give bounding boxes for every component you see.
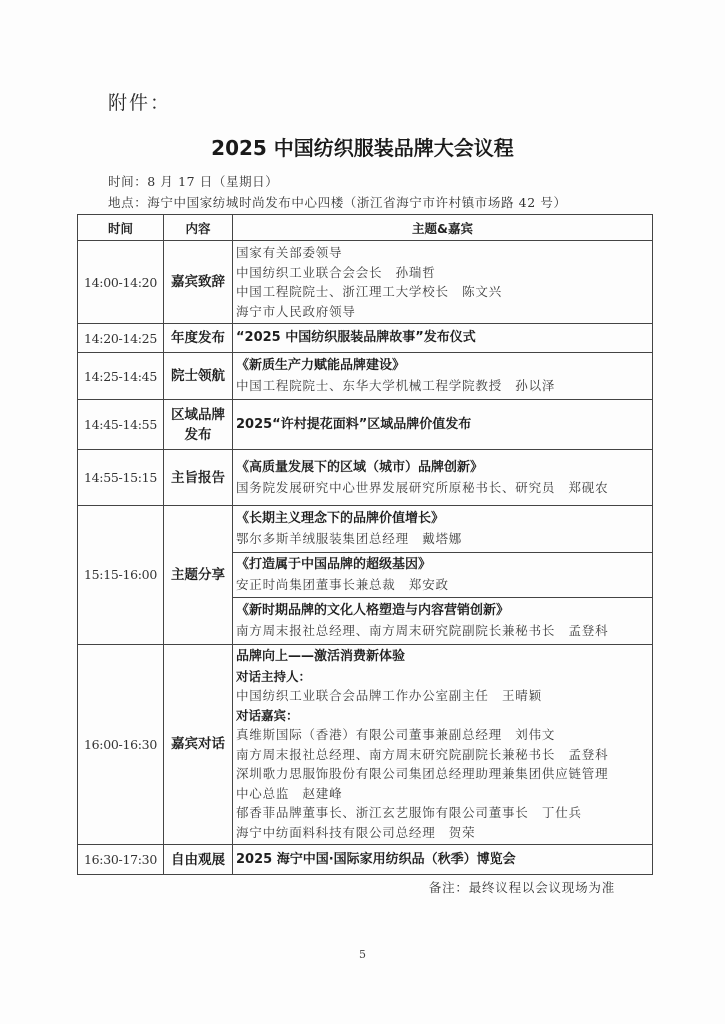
row-time: 16:30-17:30 xyxy=(78,845,164,875)
document-page: 附件： 2025 中国纺织服装品牌大会议程 时间：8 月 17 日（星期日） 地… xyxy=(0,0,725,1024)
topic-title: 《高质量发展下的区域（城市）品牌创新》 xyxy=(236,458,649,478)
row-category: 主题分享 xyxy=(164,506,233,645)
guest-line: 南方周末报社总经理、南方周末研究院副院长兼秘书长 孟登科 xyxy=(236,745,649,765)
topic-title: 《长期主义理念下的品牌价值增长》 xyxy=(236,509,649,529)
page-number: 5 xyxy=(0,948,725,961)
guest-line: 中国工程院院士、浙江理工大学校长 陈文兴 xyxy=(236,282,649,302)
guests-label: 对话嘉宾： xyxy=(236,706,649,726)
row-category: 年度发布 xyxy=(164,324,233,353)
row-time: 14:25-14:45 xyxy=(78,353,164,400)
header-topic-guests: 主题&嘉宾 xyxy=(233,215,653,241)
row-detail: 2025“许村提花面料”区域品牌价值发布 xyxy=(233,400,653,450)
row-category: 院士领航 xyxy=(164,353,233,400)
category-line: 区域品牌 xyxy=(164,405,232,425)
row-detail: “2025 中国纺织服装品牌故事”发布仪式 xyxy=(233,324,653,353)
event-time: 时间：8 月 17 日（星期日） xyxy=(108,172,278,190)
row-category: 区域品牌 发布 xyxy=(164,400,233,450)
row-time: 16:00-16:30 xyxy=(78,644,164,845)
row-category: 自由观展 xyxy=(164,845,233,875)
header-content: 内容 xyxy=(164,215,233,241)
table-row: 15:15-16:00 主题分享 《长期主义理念下的品牌价值增长》 鄂尔多斯羊绒… xyxy=(78,506,653,553)
guest-line: 海宁市人民政府领导 xyxy=(236,302,649,322)
row-detail: 《高质量发展下的区域（城市）品牌创新》 国务院发展研究中心世界发展研究所原秘书长… xyxy=(233,450,653,506)
host-line: 中国纺织工业联合会品牌工作办公室副主任 王晴颖 xyxy=(236,686,649,706)
footnote: 备注：最终议程以会议现场为准 xyxy=(429,878,615,896)
row-time: 14:45-14:55 xyxy=(78,400,164,450)
event-location: 地点：海宁中国家纺城时尚发布中心四楼（浙江省海宁市许村镇市场路 42 号） xyxy=(108,193,567,211)
table-row: 16:30-17:30 自由观展 2025 海宁中国·国际家用纺织品（秋季）博览… xyxy=(78,845,653,875)
row-detail: 品牌向上——激活消费新体验 对话主持人： 中国纺织工业联合会品牌工作办公室副主任… xyxy=(233,644,653,845)
table-row: 14:45-14:55 区域品牌 发布 2025“许村提花面料”区域品牌价值发布 xyxy=(78,400,653,450)
table-row: 16:00-16:30 嘉宾对话 品牌向上——激活消费新体验 对话主持人： 中国… xyxy=(78,644,653,845)
row-detail: 2025 海宁中国·国际家用纺织品（秋季）博览会 xyxy=(233,845,653,875)
guest-line: 真维斯国际（香港）有限公司董事兼副总经理 刘伟文 xyxy=(236,725,649,745)
row-category: 主旨报告 xyxy=(164,450,233,506)
guest-line: 中国纺织工业联合会会长 孙瑞哲 xyxy=(236,263,649,283)
speaker-line: 国务院发展研究中心世界发展研究所原秘书长、研究员 郑砚农 xyxy=(236,478,649,498)
row-time: 15:15-16:00 xyxy=(78,506,164,645)
topic-title: “2025 中国纺织服装品牌故事”发布仪式 xyxy=(236,328,649,348)
category-line: 发布 xyxy=(164,425,232,445)
attachment-label: 附件： xyxy=(108,88,171,115)
table-header-row: 时间 内容 主题&嘉宾 xyxy=(78,215,653,241)
topic-title: 2025 海宁中国·国际家用纺织品（秋季）博览会 xyxy=(236,850,649,870)
row-detail: 《打造属于中国品牌的超级基因》 安正时尚集团董事长兼总裁 郑安政 xyxy=(233,553,653,598)
page-title: 2025 中国纺织服装品牌大会议程 xyxy=(0,132,725,161)
table-row: 14:55-15:15 主旨报告 《高质量发展下的区域（城市）品牌创新》 国务院… xyxy=(78,450,653,506)
row-category: 嘉宾对话 xyxy=(164,644,233,845)
row-time: 14:55-15:15 xyxy=(78,450,164,506)
topic-title: 《新时期品牌的文化人格塑造与内容营销创新》 xyxy=(236,601,649,621)
table-row: 14:25-14:45 院士领航 《新质生产力赋能品牌建设》 中国工程院院士、东… xyxy=(78,353,653,400)
row-detail: 国家有关部委领导 中国纺织工业联合会会长 孙瑞哲 中国工程院院士、浙江理工大学校… xyxy=(233,241,653,324)
speaker-line: 鄂尔多斯羊绒服装集团总经理 戴塔娜 xyxy=(236,529,649,549)
speaker-line: 中国工程院院士、东华大学机械工程学院教授 孙以泽 xyxy=(236,376,649,396)
row-category: 嘉宾致辞 xyxy=(164,241,233,324)
row-detail: 《长期主义理念下的品牌价值增长》 鄂尔多斯羊绒服装集团总经理 戴塔娜 xyxy=(233,506,653,553)
row-time: 14:00-14:20 xyxy=(78,241,164,324)
topic-title: 品牌向上——激活消费新体验 xyxy=(236,647,649,667)
topic-title: 2025“许村提花面料”区域品牌价值发布 xyxy=(236,415,649,435)
row-time: 14:20-14:25 xyxy=(78,324,164,353)
guest-line: 国家有关部委领导 xyxy=(236,243,649,263)
guest-line: 郁香菲品牌董事长、浙江玄艺服饰有限公司董事长 丁仕兵 xyxy=(236,803,649,823)
speaker-line: 南方周末报社总经理、南方周末研究院副院长兼秘书长 孟登科 xyxy=(236,621,649,641)
host-label: 对话主持人： xyxy=(236,667,649,687)
table-row: 14:20-14:25 年度发布 “2025 中国纺织服装品牌故事”发布仪式 xyxy=(78,324,653,353)
topic-title: 《新质生产力赋能品牌建设》 xyxy=(236,356,649,376)
guest-line: 深圳歌力思服饰股份有限公司集团总经理助理兼集团供应链管理 xyxy=(236,764,649,784)
table-row: 14:00-14:20 嘉宾致辞 国家有关部委领导 中国纺织工业联合会会长 孙瑞… xyxy=(78,241,653,324)
topic-title: 《打造属于中国品牌的超级基因》 xyxy=(236,555,649,575)
header-time: 时间 xyxy=(78,215,164,241)
row-detail: 《新质生产力赋能品牌建设》 中国工程院院士、东华大学机械工程学院教授 孙以泽 xyxy=(233,353,653,400)
speaker-line: 安正时尚集团董事长兼总裁 郑安政 xyxy=(236,575,649,595)
guest-line: 海宁中纺面料科技有限公司总经理 贺荣 xyxy=(236,823,649,843)
guest-line: 中心总监 赵建峰 xyxy=(236,784,649,804)
row-detail: 《新时期品牌的文化人格塑造与内容营销创新》 南方周末报社总经理、南方周末研究院副… xyxy=(233,597,653,644)
agenda-table: 时间 内容 主题&嘉宾 14:00-14:20 嘉宾致辞 国家有关部委领导 中国… xyxy=(77,214,653,875)
